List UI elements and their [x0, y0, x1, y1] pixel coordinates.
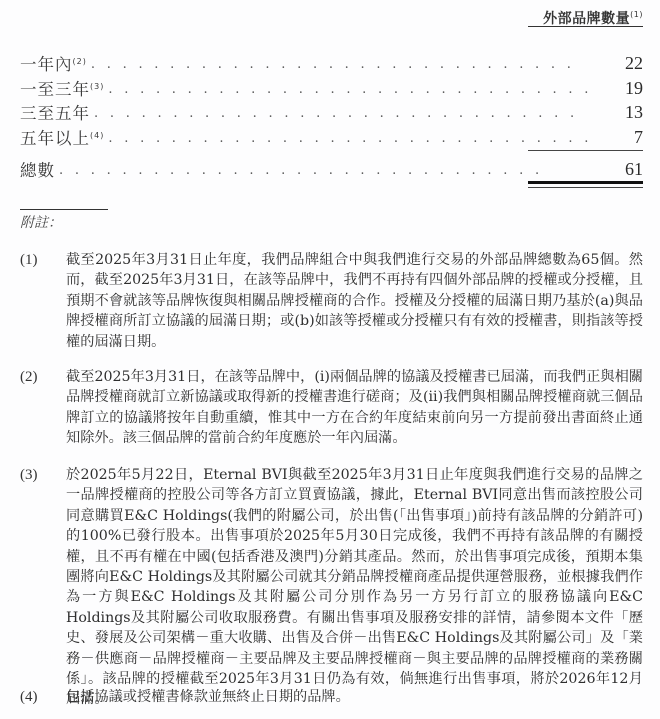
column-header-external-brands: 外部品牌數量(1) — [528, 4, 643, 27]
dot-leader: . . . . . . . . . . . . . . . . . . . . … — [91, 51, 581, 75]
note-number: (2) — [20, 367, 38, 387]
note-text: 於2025年5月22日，Eternal BVI與截至2025年3月31日止年度與… — [66, 465, 643, 710]
note-number: (4) — [20, 687, 38, 707]
note-text: 包括協議或授權書條款並無終止日期的品牌。 — [66, 687, 643, 707]
note-number: (1) — [20, 250, 38, 270]
notes-title: 附註： — [20, 212, 62, 232]
row-label: 五年以上(4) — [20, 125, 104, 149]
dot-leader: . . . . . . . . . . . . . . . . . . . . … — [108, 76, 598, 100]
total-double-rule-thin — [528, 187, 643, 188]
dot-leader: . . . . . . . . . . . . . . . . . . . . … — [108, 125, 598, 149]
total-label: 總數 — [20, 157, 55, 181]
column-header-label: 外部品牌數量 — [543, 11, 630, 27]
row-note-ref: (2) — [73, 57, 87, 66]
dot-leader: . . . . . . . . . . . . . . . . . . . . … — [94, 100, 584, 124]
table-row-total: 總數 . . . . . . . . . . . . . . . . . . .… — [20, 157, 643, 181]
column-header-note-ref: (1) — [630, 10, 643, 19]
row-value: 7 — [634, 127, 643, 148]
subtotal-rule — [528, 150, 643, 151]
notes-separator — [20, 209, 108, 210]
row-value: 22 — [625, 53, 643, 74]
row-note-ref: (4) — [90, 131, 104, 140]
note-text: 截至2025年3月31日，在該等品牌中，(i)兩個品牌的協議及授權書已屆滿，而我… — [66, 367, 643, 449]
note-number: (3) — [20, 465, 38, 485]
row-note-ref: (3) — [90, 82, 104, 91]
row-value: 19 — [625, 78, 643, 99]
row-label: 一至三年(3) — [20, 76, 104, 100]
note-text: 截至2025年3月31日止年度，我們品牌組合中與我們進行交易的外部品牌總數為65… — [66, 250, 643, 352]
table-row-over-five-years: 五年以上(4) . . . . . . . . . . . . . . . . … — [20, 125, 643, 149]
dot-leader: . . . . . . . . . . . . . . . . . . . . … — [59, 157, 549, 181]
row-value: 13 — [625, 102, 643, 123]
table-row-within-one-year: 一年內(2) . . . . . . . . . . . . . . . . .… — [20, 51, 643, 75]
table-row-one-to-three-years: 一至三年(3) . . . . . . . . . . . . . . . . … — [20, 76, 643, 100]
total-value: 61 — [625, 159, 643, 180]
total-double-rule-thick — [528, 181, 643, 184]
table-row-three-to-five-years: 三至五年 . . . . . . . . . . . . . . . . . .… — [20, 100, 643, 124]
row-label: 一年內(2) — [20, 51, 87, 75]
row-label: 三至五年 — [20, 100, 90, 124]
